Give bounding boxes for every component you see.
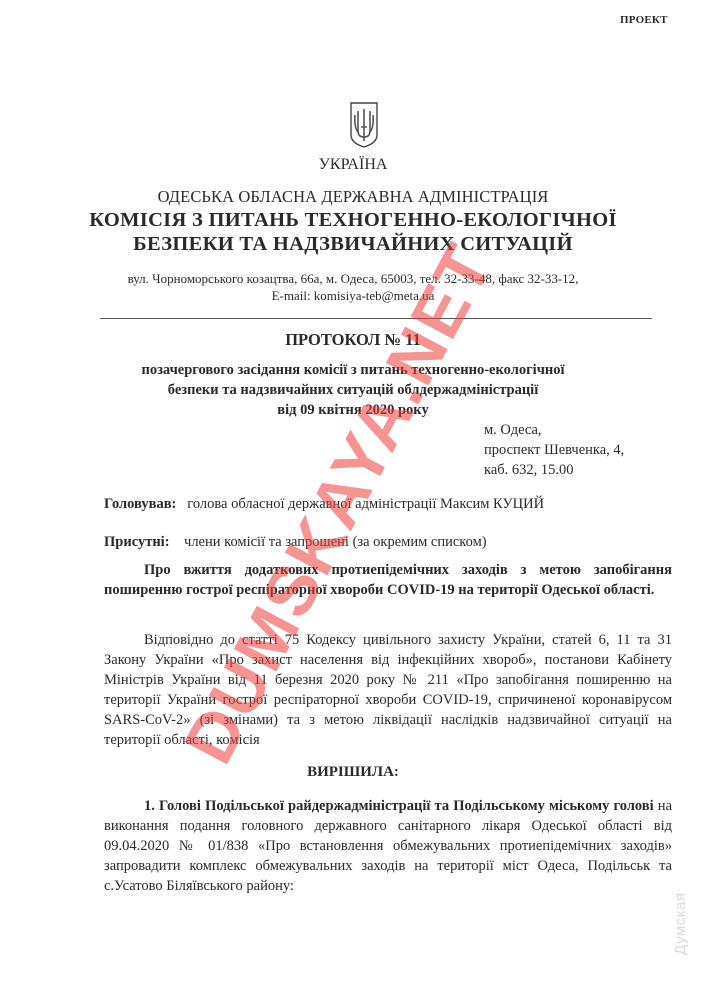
subtitle-line-2: безпеки та надзвичайних ситуацій облдерж… [0,380,706,400]
country-name: УКРАЇНА [0,156,706,174]
chairperson-value: голова обласної державної адміністрації … [187,496,544,512]
protocol-title: ПРОТОКОЛ № 11 [0,330,706,350]
commission-address: вул. Чорноморського козацтва, 66а, м. Од… [0,270,706,304]
decision-item-1-addressee: 1. Голові Подільської райдержадміністрац… [144,798,654,814]
attendees-label: Присутні: [104,534,170,550]
meeting-location: м. Одеса, проспект Шевченка, 4, каб. 632… [484,420,624,480]
location-room-time: каб. 632, 15.00 [484,460,624,480]
chairperson-row: Головував: голова обласної державної адм… [104,496,544,513]
commission-line-2: БЕЗПЕКИ ТА НАДЗВИЧАЙНИХ СИТУАЦІЙ [0,232,706,256]
commission-name: КОМІСІЯ З ПИТАНЬ ТЕХНОГЕННО-ЕКОЛОГІЧНОЇ … [0,208,706,256]
legal-basis-paragraph: Відповідно до статті 75 Кодексу цивільно… [104,630,672,750]
location-street: проспект Шевченка, 4, [484,440,624,460]
decision-item-1: 1. Голові Подільської райдержадміністрац… [104,796,672,896]
decision-heading: ВИРІШИЛА: [0,764,706,781]
document-page: ПРОЕКТ УКРАЇНА ОДЕСЬКА ОБЛАСНА ДЕРЖАВНА … [0,0,706,999]
side-watermark: Думская [672,893,689,956]
location-city: м. Одеса, [484,420,624,440]
ukraine-trident-icon [349,101,379,149]
meeting-date: від 09 квітня 2020 року [0,400,706,420]
address-line: вул. Чорноморського козацтва, 66а, м. Од… [0,270,706,287]
email-line: E-mail: komisiya-teb@meta.ua [0,287,706,304]
administration-name: ОДЕСЬКА ОБЛАСНА ДЕРЖАВНА АДМІНІСТРАЦІЯ [0,187,706,207]
attendees-row: Присутні: члени комісії та запрошені (за… [104,534,487,551]
commission-line-1: КОМІСІЯ З ПИТАНЬ ТЕХНОГЕННО-ЕКОЛОГІЧНОЇ [0,208,706,232]
attendees-value: члени комісії та запрошені (за окремим с… [184,534,487,550]
chairperson-label: Головував: [104,496,176,512]
draft-label: ПРОЕКТ [620,14,668,26]
protocol-subtitle: позачергового засідання комісії з питань… [0,360,706,420]
header-divider [100,318,652,319]
subtitle-line-1: позачергового засідання комісії з питань… [0,360,706,380]
agenda-topic: Про вжиття додаткових протиепідемічних з… [104,560,672,600]
